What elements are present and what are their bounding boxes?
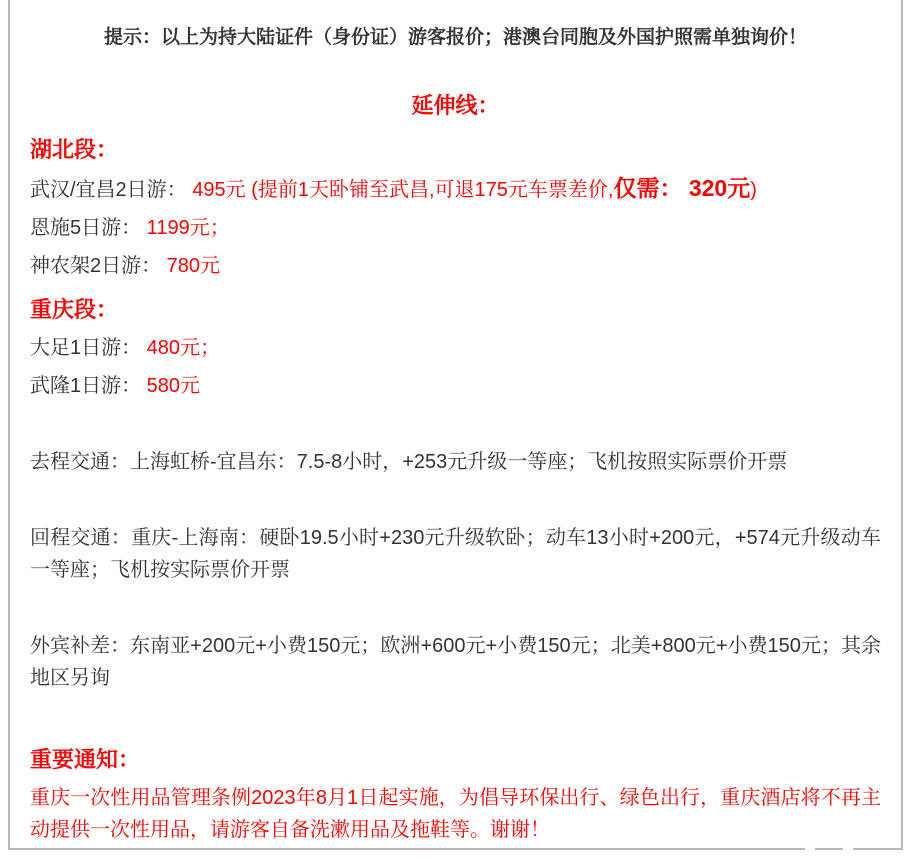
tour-price: 780元 [161, 255, 220, 277]
tour-item-wuhan-yichang: 武汉/宜昌2日游： 495元 (提前1天卧铺至武昌,可退175元车票差价,仅需：… [30, 172, 881, 206]
page: 提示：以上为持大陆证件（身份证）游客报价；港澳台同胞及外国护照需单独询价！ 延伸… [0, 0, 919, 867]
tour-label: 大足1日游： [30, 337, 141, 359]
blank-line [30, 408, 881, 440]
top-notice: 提示：以上为持大陆证件（身份证）游客报价；港澳台同胞及外国护照需单独询价！ [30, 22, 881, 54]
tour-price-suffix: ) [750, 179, 757, 201]
bottom-border-gap [843, 848, 853, 850]
tour-price: 480元； [141, 337, 220, 359]
foreign-guest-surcharge-info: 外宾补差：东南亚+200元+小费150元；欧洲+600元+小费150元；北美+8… [30, 630, 881, 694]
return-transport-info: 回程交通：重庆-上海南：硬卧19.5小时+230元升级软卧；动车13小时+200… [30, 522, 881, 586]
tour-label: 武汉/宜昌2日游： [30, 179, 187, 201]
tour-label: 武隆1日游： [30, 375, 141, 397]
bottom-border-gap [805, 848, 815, 850]
tour-price: 495元 (提前1天卧铺至武昌,可退175元车票差价, [187, 179, 614, 201]
blank-line [30, 592, 881, 624]
blank-line [30, 484, 881, 516]
tour-label: 神农架2日游： [30, 255, 161, 277]
blank-line [30, 700, 881, 732]
tour-item-dazu: 大足1日游： 480元； [30, 332, 881, 364]
outbound-transport-info: 去程交通：上海虹桥-宜昌东：7.5-8小时，+253元升级一等座；飞机按照实际票… [30, 446, 881, 478]
hubei-section-heading: 湖北段： [30, 134, 881, 166]
tour-price: 1199元； [141, 217, 230, 239]
chongqing-section-heading: 重庆段： [30, 294, 881, 326]
extension-line-title: 延伸线： [30, 90, 881, 122]
important-notice-body: 重庆一次性用品管理条例2023年8月1日起实施，为倡导环保出行、绿色出行，重庆酒… [30, 782, 881, 846]
tour-price: 580元 [141, 375, 200, 397]
tour-label: 恩施5日游： [30, 217, 141, 239]
tour-item-enshi: 恩施5日游： 1199元； [30, 212, 881, 244]
important-notice-heading: 重要通知： [30, 744, 881, 776]
tour-item-wulong: 武隆1日游： 580元 [30, 370, 881, 402]
tour-price-highlight: 仅需： 320元 [613, 175, 750, 201]
content-panel: 提示：以上为持大陆证件（身份证）游客报价；港澳台同胞及外国护照需单独询价！ 延伸… [8, 0, 903, 850]
tour-item-shennongjia: 神农架2日游： 780元 [30, 250, 881, 282]
